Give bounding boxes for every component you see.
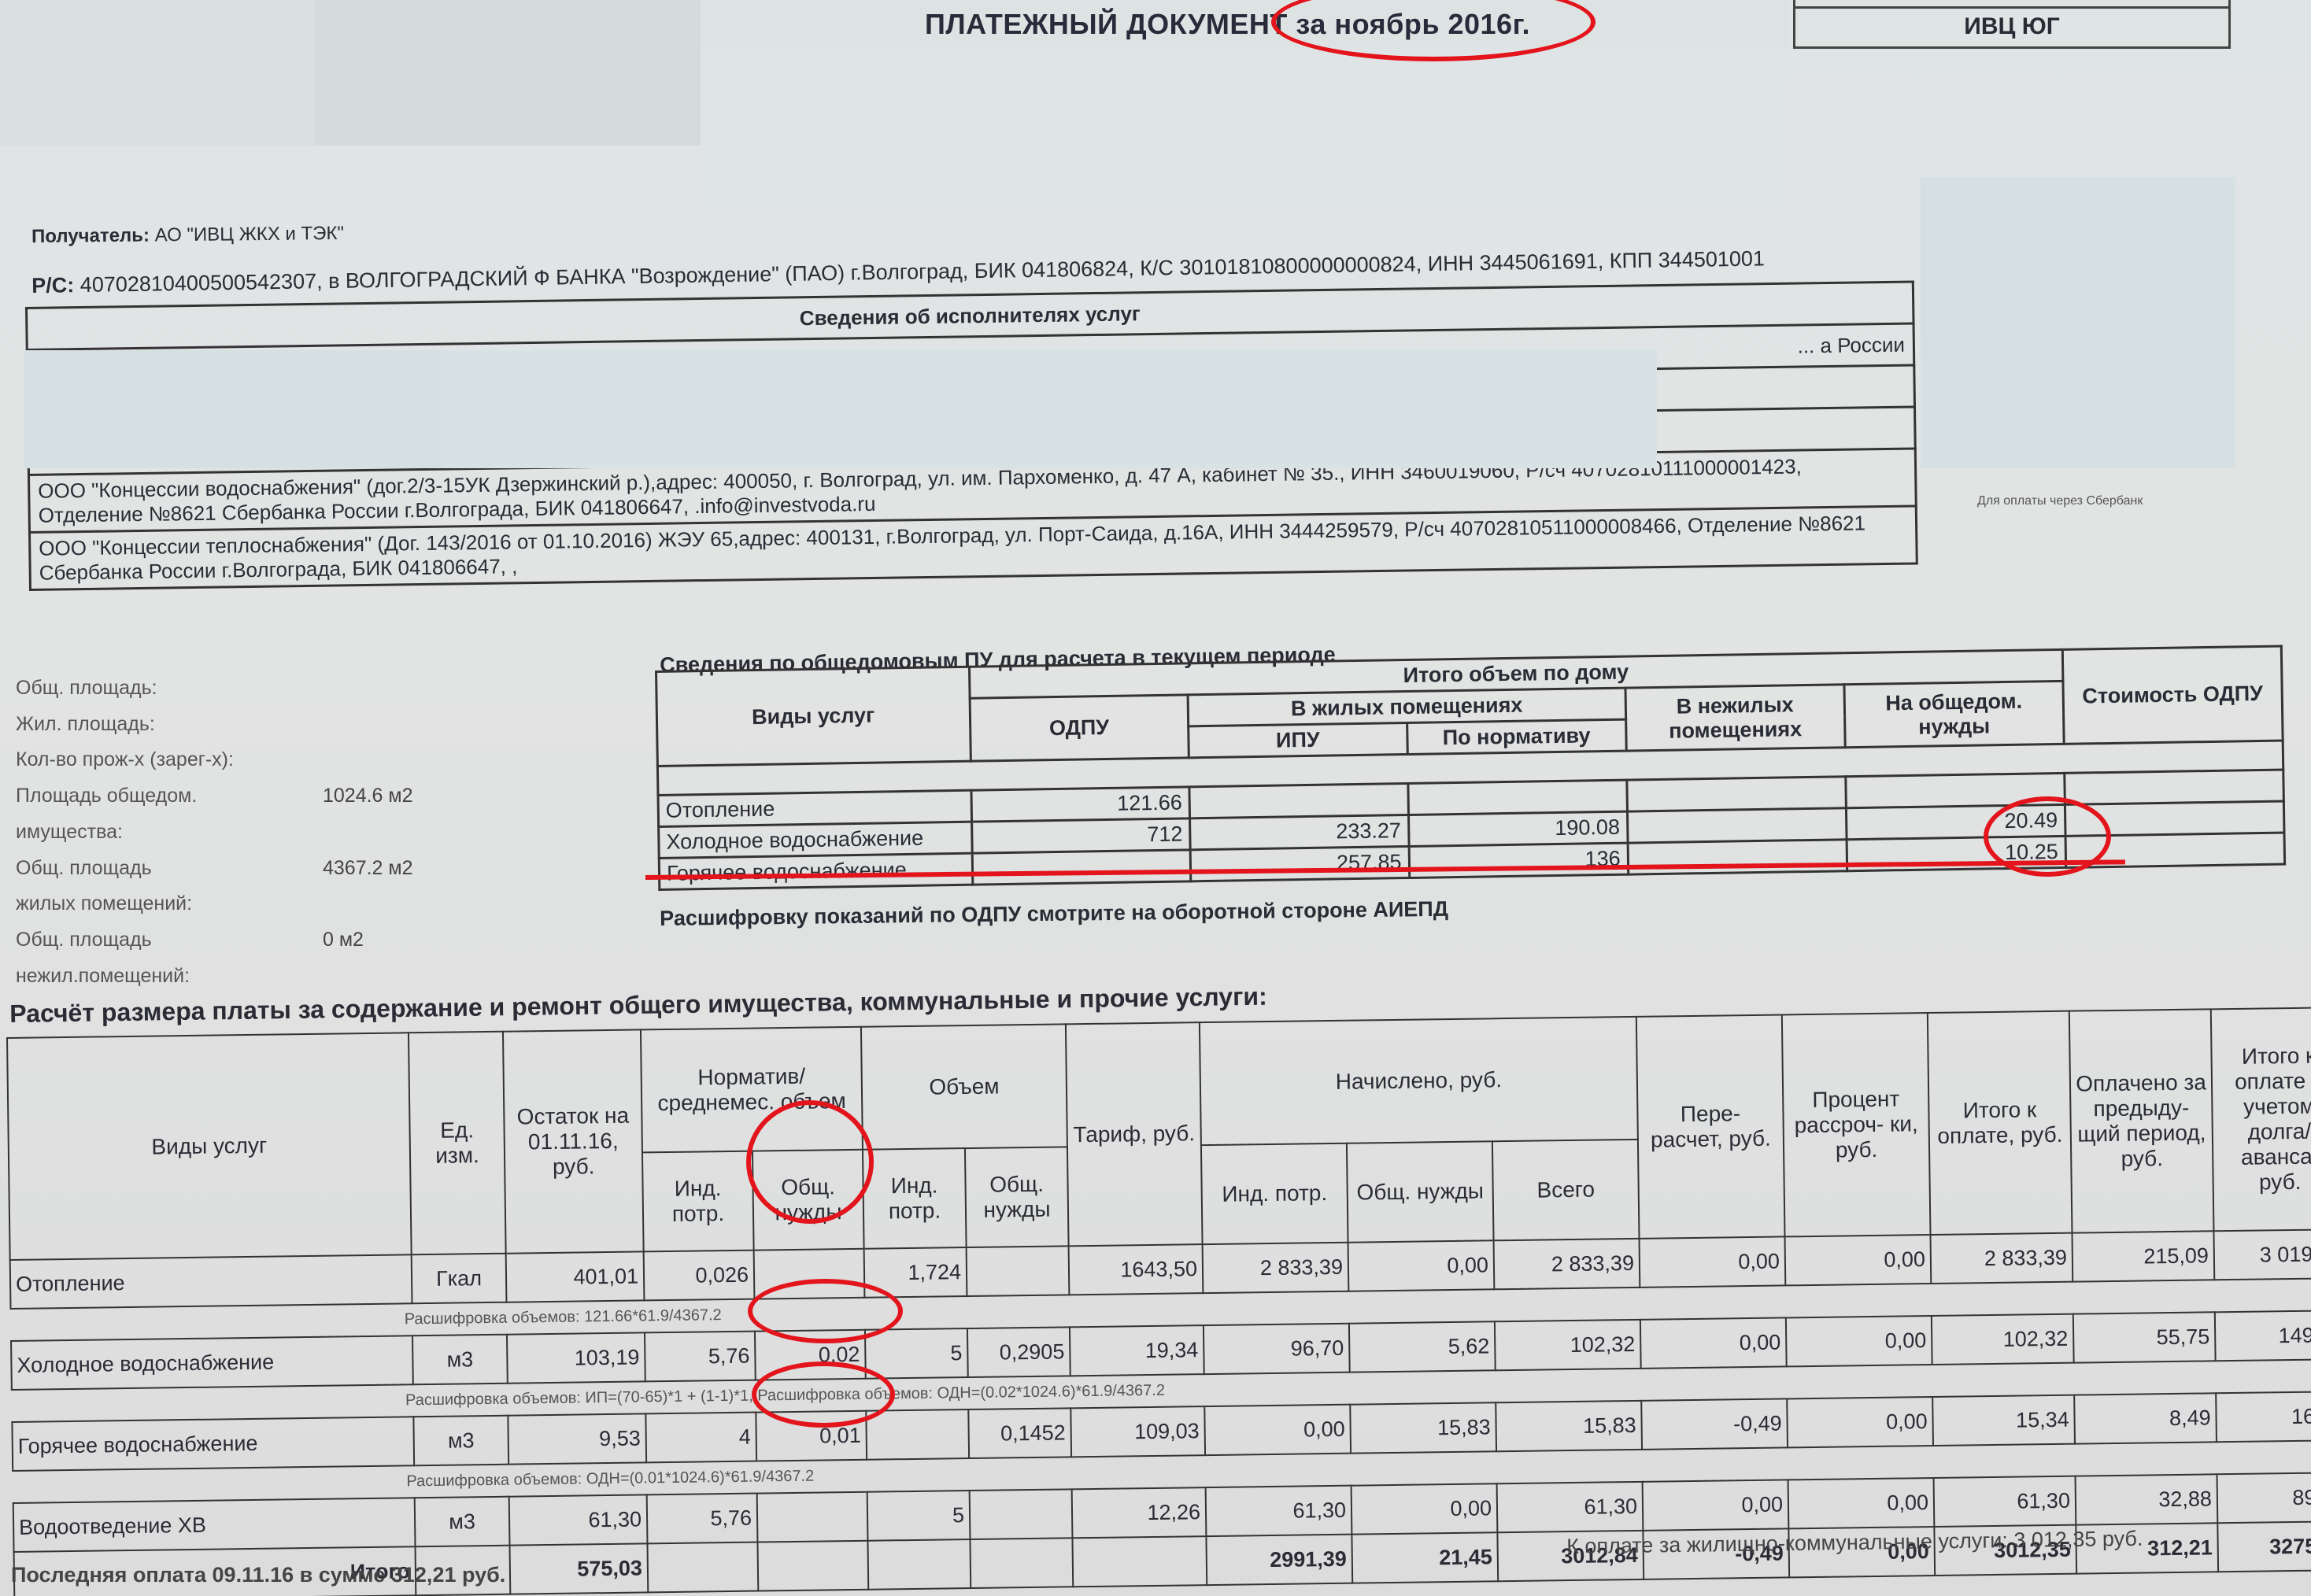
calc-cell-paid-prev: 8,49 [2074, 1393, 2217, 1443]
redacted-area [24, 350, 441, 468]
calc-header-tariff: Тариф, руб. [1066, 1022, 1203, 1246]
calc-header-service: Виды услуг [7, 1033, 412, 1260]
calc-cell-vol-common: 0,1452 [968, 1408, 1071, 1458]
odpu-cell [2065, 801, 2284, 836]
redacted-area [1921, 177, 2235, 468]
calc-cell-norm-common [754, 1249, 865, 1299]
house-info: Общ. площадь: Жил. площадь: Кол-во прож-… [16, 671, 413, 994]
calc-cell-to-pay: 61,30 [1934, 1476, 2076, 1527]
calc-header-norm: Норматив/ среднемес. объем [641, 1027, 863, 1153]
calc-total-empty [1072, 1536, 1207, 1587]
calc-header-balance: Остаток на 01.11.16, руб. [503, 1029, 644, 1253]
last-payment: Последняя оплата 09.11.16 в сумме 312,21… [11, 1563, 505, 1587]
odpu-cell [1627, 777, 1847, 811]
calc-header-charged-ind: Инд. потр. [1201, 1143, 1348, 1244]
calc-cell-paid-prev: 32,88 [2076, 1474, 2218, 1524]
document-period: за ноябрь 2016г. [1296, 8, 1530, 40]
calc-cell-norm-ind: 5,76 [647, 1494, 758, 1544]
calc-cell-ch-total: 2 833,39 [1494, 1239, 1640, 1289]
odpu-cell [1407, 780, 1627, 815]
odpu-cell [972, 850, 1191, 885]
odpu-cell-service: Холодное водоснабжение [659, 822, 972, 858]
calc-cell-ch-ind: 0,00 [1204, 1405, 1351, 1455]
calc-cell-to-pay-debt: 89,72 [2217, 1472, 2311, 1523]
calc-cell-ch-ind: 61,30 [1206, 1486, 1352, 1536]
calc-header-charged-common: Общ. нужды [1347, 1141, 1494, 1242]
odpu-header-ipu: ИПУ [1189, 723, 1407, 758]
odpu-cell [1627, 808, 1847, 843]
calc-cell-vol-common: 0,2905 [967, 1327, 1070, 1377]
calc-header-charged-total: Всего [1492, 1140, 1640, 1240]
calc-cell-balance: 61,30 [509, 1494, 648, 1545]
calc-cell-vol-common [970, 1489, 1073, 1539]
house-info-row: Кол-во прож-х (зарег-х): [16, 742, 413, 778]
calc-cell-balance: 401,01 [506, 1251, 645, 1302]
house-info-row: Общ. площадь4367.2 м2 [16, 851, 413, 887]
odpu-cell: 136 [1409, 843, 1629, 877]
odpu-note: Расшифровку показаний по ОДПУ смотрите н… [660, 897, 1448, 931]
calc-cell-to-pay: 2 833,39 [1931, 1233, 2073, 1284]
calc-header-vol-common: Общ. нужды [965, 1147, 1069, 1247]
calc-header-norm-common: Общ. нужды [752, 1150, 864, 1251]
calc-cell-paid-prev: 215,09 [2073, 1231, 2215, 1281]
calc-cell-service: Горячее водоснабжение [12, 1417, 414, 1471]
calc-table: Виды услуг Ед. изм. Остаток на 01.11.16,… [6, 1007, 2311, 1596]
house-info-row: Общ. площадь0 м2 [16, 922, 413, 959]
calc-cell-vol-ind: 5 [867, 1491, 971, 1541]
odpu-cell: 257.85 [1190, 846, 1409, 881]
calc-cell-norm-ind: 4 [645, 1413, 756, 1463]
calc-header-norm-ind: Инд. потр. [642, 1151, 754, 1252]
odpu-cell-service: Отопление [658, 790, 971, 826]
calc-cell-recalc: -0,49 [1641, 1398, 1788, 1449]
calc-header-recalc: Пере- расчет, руб. [1636, 1014, 1785, 1238]
calc-cell-ch-common: 0,00 [1348, 1240, 1495, 1291]
info-value: 0 м2 [323, 922, 364, 959]
calc-cell-norm-ind: 5,76 [645, 1332, 756, 1382]
document-title: ПЛАТЕЖНЫЙ ДОКУМЕНТ за ноябрь 2016г. [925, 8, 1530, 41]
calc-cell-service: Холодное водоснабжение [11, 1336, 413, 1390]
calc-cell-ch-common: 0,00 [1351, 1483, 1498, 1534]
odpu-header-by-norm: По нормативу [1407, 719, 1626, 754]
odpu-cell [2065, 770, 2284, 804]
info-value: 4367.2 м2 [323, 851, 413, 887]
calc-total-empty [647, 1542, 758, 1593]
calc-cell-to-pay: 102,32 [1932, 1314, 2074, 1365]
calc-cell-ch-total: 15,83 [1496, 1401, 1642, 1451]
calc-cell-tariff: 19,34 [1070, 1325, 1204, 1376]
odpu-cell: 121.66 [971, 787, 1189, 822]
calc-cell-ch-total: 61,30 [1497, 1482, 1644, 1532]
recipient-line: Получатель: АО "ИВЦ ЖКХ и ТЭК" [31, 223, 344, 248]
calc-header-installment: Процент рассроч- ки, руб. [1782, 1013, 1931, 1236]
calc-cell-vol-ind: 1,724 [864, 1247, 967, 1298]
calc-cell-to-pay-debt: 16,38 [2216, 1391, 2311, 1442]
redacted-area [441, 350, 1657, 468]
calc-cell-service: Отопление [10, 1254, 412, 1309]
sberbank-note: Для оплаты через Сбербанк [1977, 494, 2143, 508]
house-info-row: Площадь общедом.1024.6 м2 [16, 778, 413, 815]
calc-header-to-pay: Итого к оплате, руб. [1928, 1011, 2073, 1235]
calc-cell-norm-common [757, 1492, 868, 1542]
odpu-header-non-residential: В нежилых помещениях [1625, 685, 1845, 751]
calc-cell-unit: м3 [412, 1335, 508, 1385]
calc-cell-ch-common: 5,62 [1349, 1321, 1496, 1372]
calc-cell-recalc: 0,00 [1643, 1480, 1789, 1530]
info-label: нежил.помещений: [16, 959, 323, 995]
calc-total-ch-common: 21,45 [1351, 1532, 1498, 1583]
house-info-row: Жил. площадь: [16, 707, 413, 743]
odpu-header-cost: Стоимость ОДПУ [2062, 646, 2283, 744]
info-label: Жил. площадь: [16, 707, 323, 743]
calc-cell-norm-common: 0,01 [756, 1411, 867, 1461]
calc-total-balance: 575,03 [510, 1543, 649, 1594]
calc-total-ch-ind: 2991,39 [1206, 1535, 1352, 1585]
calc-cell-installment: 0,00 [1788, 1478, 1935, 1528]
calc-cell-to-pay-debt: 3 019,31 [2214, 1229, 2311, 1280]
calc-cell-tariff: 1643,50 [1069, 1244, 1204, 1295]
calc-cell-to-pay-debt: 149,76 [2215, 1310, 2311, 1361]
info-label: Общ. площадь [16, 851, 323, 887]
info-label: Кол-во прож-х (зарег-х): [16, 742, 323, 778]
calc-cell-installment: 0,00 [1786, 1316, 1932, 1366]
house-info-row: нежил.помещений: [16, 959, 413, 995]
calc-cell-ch-total: 102,32 [1495, 1320, 1641, 1370]
odpu-cell: 712 [971, 818, 1190, 853]
calc-cell-service: Водоотведение ХВ [13, 1498, 416, 1552]
calc-cell-installment: 0,00 [1785, 1235, 1932, 1285]
calc-cell-vol-ind [866, 1409, 969, 1460]
calc-cell-tariff: 12,26 [1072, 1487, 1207, 1538]
calc-cell-norm-common: 0,02 [755, 1330, 866, 1380]
calc-cell-ch-common: 15,83 [1350, 1402, 1496, 1453]
odpu-cell [1189, 783, 1408, 818]
calc-total-empty [970, 1538, 1073, 1588]
house-info-row: жилых помещений: [16, 886, 413, 922]
odpu-cell: 190.08 [1408, 811, 1628, 846]
calc-cell-balance: 103,19 [507, 1332, 645, 1383]
calc-cell-recalc: 0,00 [1640, 1317, 1787, 1368]
calc-header-paid-prev: Оплачено за предыду- щий период, руб. [2069, 1009, 2214, 1232]
odpu-header-odpu: ОДПУ [970, 695, 1189, 761]
calc-cell-vol-common [967, 1246, 1070, 1296]
redacted-area [701, 49, 1787, 206]
house-info-row: Общ. площадь: [16, 671, 413, 707]
recipient-label: Получатель: [31, 225, 150, 248]
account-label: Р/С: [31, 273, 74, 297]
odpu-cell: 233.27 [1190, 815, 1409, 849]
info-label: жилых помещений: [16, 886, 323, 922]
calc-cell-unit: Гкал [412, 1254, 507, 1304]
redacted-area [315, 0, 701, 146]
calc-header-volume: Объем [861, 1024, 1067, 1149]
calc-cell-to-pay: 15,34 [1932, 1395, 2075, 1446]
calc-total-empty [757, 1541, 868, 1591]
calc-header-unit: Ед. изм. [409, 1032, 506, 1255]
calc-header-vol-ind: Инд. потр. [863, 1148, 967, 1249]
house-info-row: имущества: [16, 815, 413, 851]
info-value: 1024.6 м2 [323, 778, 413, 815]
calc-cell-installment: 0,00 [1787, 1397, 1933, 1447]
calc-cell-balance: 9,53 [508, 1413, 646, 1464]
odpu-header-common-needs: На общедом. нужды [1844, 681, 2064, 747]
calc-total-empty [867, 1539, 971, 1590]
odpu-cell [1846, 773, 2065, 807]
redacted-area [0, 0, 315, 146]
calc-cell-norm-ind: 0,026 [644, 1251, 755, 1301]
odpu-cell-highlighted: 20.49 [1846, 804, 2065, 839]
info-label: Площадь общедом. [16, 778, 323, 815]
info-label: Общ. площадь: [16, 671, 323, 707]
calc-cell-recalc: 0,00 [1640, 1236, 1786, 1287]
issuer-box: ИВЦ ЮГ [1793, 0, 2231, 49]
calc-cell-ch-ind: 96,70 [1204, 1324, 1350, 1374]
document-title-text: ПЛАТЕЖНЫЙ ДОКУМЕНТ [925, 8, 1288, 40]
calc-cell-unit: м3 [413, 1416, 508, 1466]
odpu-table: Виды услуг Итого объем по дому Стоимость… [655, 645, 2286, 891]
info-label: имущества: [16, 815, 323, 851]
calc-cell-paid-prev: 55,75 [2073, 1312, 2216, 1362]
calc-cell-tariff: 109,03 [1070, 1406, 1205, 1457]
info-label: Общ. площадь [16, 922, 323, 959]
calc-cell-vol-ind: 5 [865, 1328, 968, 1379]
calc-cell-unit: м3 [415, 1497, 510, 1547]
issuer-box-label: ИВЦ ЮГ [1795, 6, 2228, 48]
calc-total-to-pay-debt: 3275,17 [2217, 1521, 2311, 1572]
calc-cell-ch-ind: 2 833,39 [1203, 1243, 1349, 1293]
calc-header-charged: Начислено, руб. [1200, 1017, 1638, 1145]
calc-header-to-pay-debt: Итого к оплате с учетом долга/ аванса, р… [2211, 1007, 2311, 1231]
odpu-header-service: Виды услуг [656, 667, 971, 766]
recipient-name: АО "ИВЦ ЖКХ и ТЭК" [154, 223, 344, 246]
